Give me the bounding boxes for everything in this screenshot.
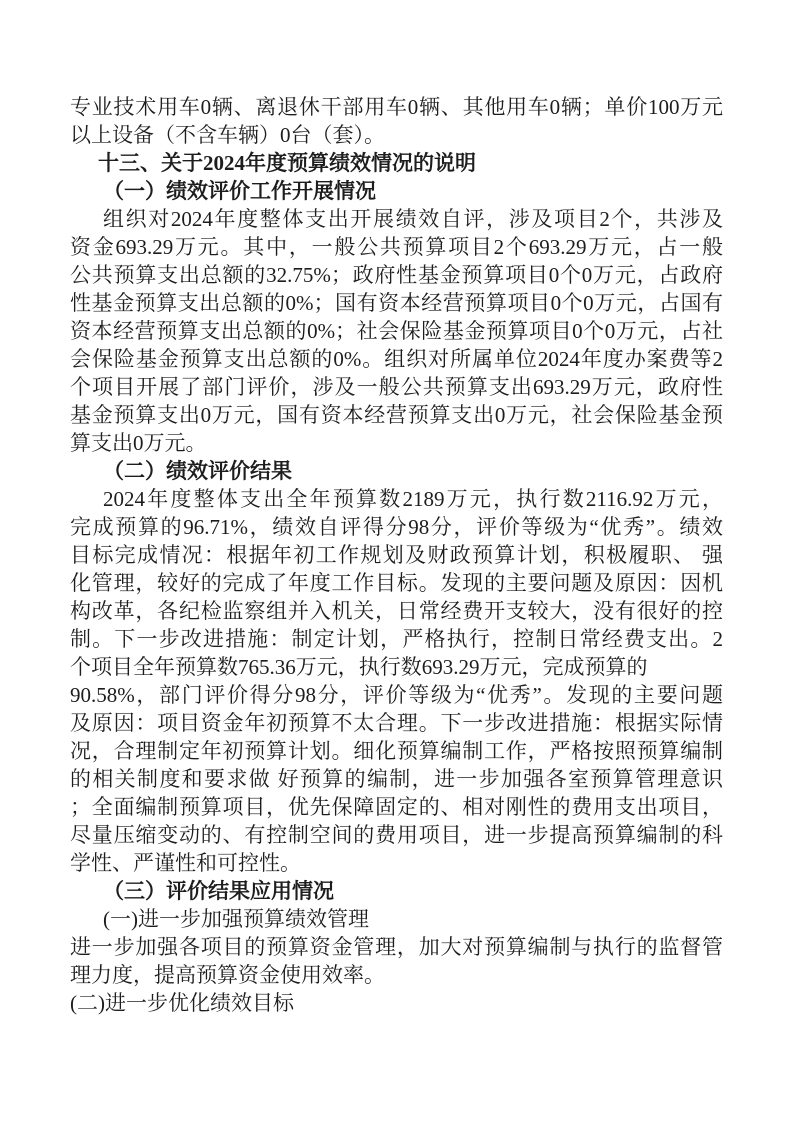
section-heading-13-1: （一）绩效评价工作开展情况 [70,177,723,205]
text-line: 算支出0万元。 [70,429,723,457]
section-heading-13-3: （三）评价结果应用情况 [70,877,723,905]
list-item-1: (一)进一步加强预算绩效管理 [70,905,723,933]
document-page: 专业技术用车0辆、离退休干部用车0辆、其他用车0辆；单价100万元 以上设备（不… [0,0,793,1122]
text-line: ；全面编制预算项目，优先保障固定的、相对刚性的费用支出项目， [70,793,723,821]
document-text-block: 专业技术用车0辆、离退休干部用车0辆、其他用车0辆；单价100万元 以上设备（不… [70,93,723,1017]
text-line: 况，合理制定年初预算计划。细化预算编制工作，严格按照预算编制 [70,737,723,765]
section-heading-13: 十三、关于2024年度预算绩效情况的说明 [70,149,723,177]
text-line: 2024年度整体支出全年预算数2189万元，执行数2116.92万元， [70,485,723,513]
text-line: 专业技术用车0辆、离退休干部用车0辆、其他用车0辆；单价100万元 [70,93,723,121]
text-line: 资金693.29万元。其中，一般公共预算项目2个693.29万元，占一般 [70,233,723,261]
text-line: 个项目开展了部门评价，涉及一般公共预算支出693.29万元，政府性 [70,373,723,401]
text-line: 进一步加强各项目的预算资金管理，加大对预算编制与执行的监督管 [70,933,723,961]
text-line: 组织对2024年度整体支出开展绩效自评，涉及项目2个，共涉及 [70,205,723,233]
text-line: 个项目全年预算数765.36万元，执行数693.29万元，完成预算的 [70,653,723,681]
text-line: 性基金预算支出总额的0%；国有资本经营预算项目0个0万元，占国有 [70,289,723,317]
section-heading-13-2: （二）绩效评价结果 [70,457,723,485]
text-line: 化管理，较好的完成了年度工作目标。发现的主要问题及原因：因机 [70,569,723,597]
text-line: 及原因：项目资金年初预算不太合理。下一步改进措施：根据实际情 [70,709,723,737]
text-line: 公共预算支出总额的32.75%；政府性基金预算项目0个0万元，占政府 [70,261,723,289]
text-line: 会保险基金预算支出总额的0%。组织对所属单位2024年度办案费等2 [70,345,723,373]
text-line: 完成预算的96.71%，绩效自评得分98分，评价等级为“优秀”。绩效 [70,513,723,541]
text-line: 制。下一步改进措施：制定计划，严格执行，控制日常经费支出。2 [70,625,723,653]
text-line: 目标完成情况：根据年初工作规划及财政预算计划，积极履职、 强 [70,541,723,569]
text-line: 学性、严谨性和可控性。 [70,849,723,877]
text-line: 理力度，提高预算资金使用效率。 [70,961,723,989]
text-line: 90.58%，部门评价得分98分，评价等级为“优秀”。发现的主要问题 [70,681,723,709]
text-line: 尽量压缩变动的、有控制空间的费用项目，进一步提高预算编制的科 [70,821,723,849]
text-line: 以上设备（不含车辆）0台（套）。 [70,121,723,149]
text-line: 基金预算支出0万元，国有资本经营预算支出0万元，社会保险基金预 [70,401,723,429]
text-line: 构改革，各纪检监察组并入机关，日常经费开支较大，没有很好的控 [70,597,723,625]
text-line: 的相关制度和要求做 好预算的编制，进一步加强各室预算管理意识 [70,765,723,793]
list-item-2: (二)进一步优化绩效目标 [70,989,723,1017]
text-line: 资本经营预算支出总额的0%；社会保险基金预算项目0个0万元，占社 [70,317,723,345]
